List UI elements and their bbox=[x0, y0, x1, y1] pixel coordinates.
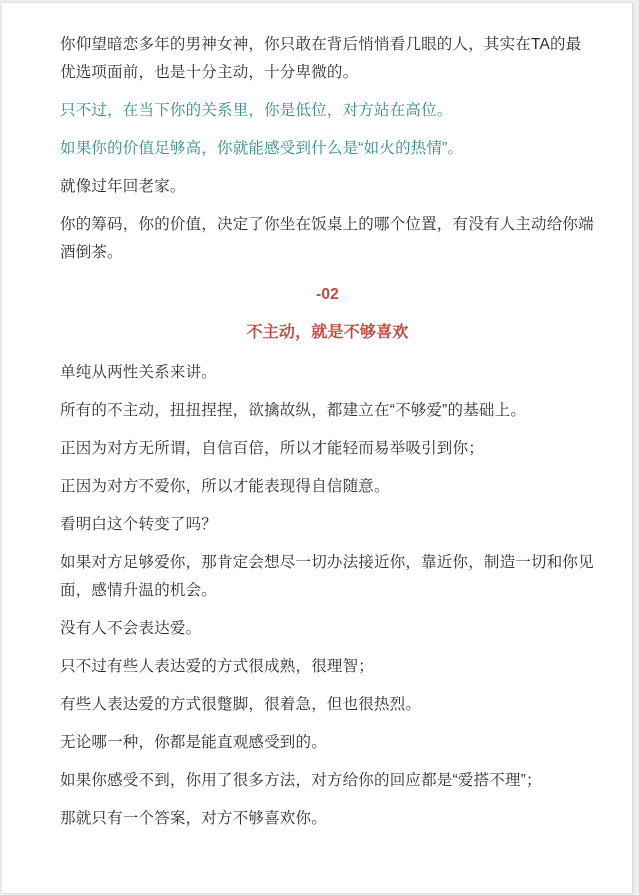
paragraph: 正因为对方不爱你，所以才能表现得自信随意。 bbox=[60, 473, 595, 501]
paragraph: 就像过年回老家。 bbox=[60, 173, 595, 201]
paragraph: 如果你感受不到，你用了很多方法，对方给你的回应都是“爱搭不理”； bbox=[60, 767, 595, 795]
accent-paragraph: 只不过，在当下你的关系里，你是低位，对方站在高位。 bbox=[60, 97, 595, 125]
screenshot-canvas: 你仰望暗恋多年的男神女神，你只敢在背后悄悄看几眼的人，其实在TA的最优选项面前，… bbox=[0, 0, 639, 895]
paragraph: 你的筹码，你的价值，决定了你坐在饭桌上的哪个位置，有没有人主动给你端酒倒茶。 bbox=[60, 211, 595, 267]
paragraph: 单纯从两性关系来讲。 bbox=[60, 359, 595, 387]
accent-paragraph: 如果你的价值足够高，你就能感受到什么是“如火的热情”。 bbox=[60, 135, 595, 163]
document-page: 你仰望暗恋多年的男神女神，你只敢在背后悄悄看几眼的人，其实在TA的最优选项面前，… bbox=[2, 3, 633, 893]
section-heading: 不主动，就是不够喜欢 bbox=[60, 319, 595, 347]
paragraph: 有些人表达爱的方式很蹩脚，很着急，但也很热烈。 bbox=[60, 691, 595, 719]
paragraph: 没有人不会表达爱。 bbox=[60, 615, 595, 643]
article-body: 你仰望暗恋多年的男神女神，你只敢在背后悄悄看几眼的人，其实在TA的最优选项面前，… bbox=[2, 3, 595, 833]
paragraph: 所有的不主动，扭扭捏捏，欲擒故纵，都建立在“不够爱”的基础上。 bbox=[60, 397, 595, 425]
paragraph: 那就只有一个答案，对方不够喜欢你。 bbox=[60, 805, 595, 833]
paragraph: 只不过有些人表达爱的方式很成熟，很理智； bbox=[60, 653, 595, 681]
paragraph: 如果对方足够爱你，那肯定会想尽一切办法接近你，靠近你，制造一切和你见面，感情升温… bbox=[60, 549, 595, 605]
paragraph: 你仰望暗恋多年的男神女神，你只敢在背后悄悄看几眼的人，其实在TA的最优选项面前，… bbox=[60, 31, 595, 87]
paragraph: 正因为对方无所谓，自信百倍，所以才能轻而易举吸引到你； bbox=[60, 435, 595, 463]
section-number: -02 bbox=[60, 281, 595, 309]
paragraph: 无论哪一种，你都是能直观感受到的。 bbox=[60, 729, 595, 757]
paragraph: 看明白这个转变了吗？ bbox=[60, 511, 595, 539]
